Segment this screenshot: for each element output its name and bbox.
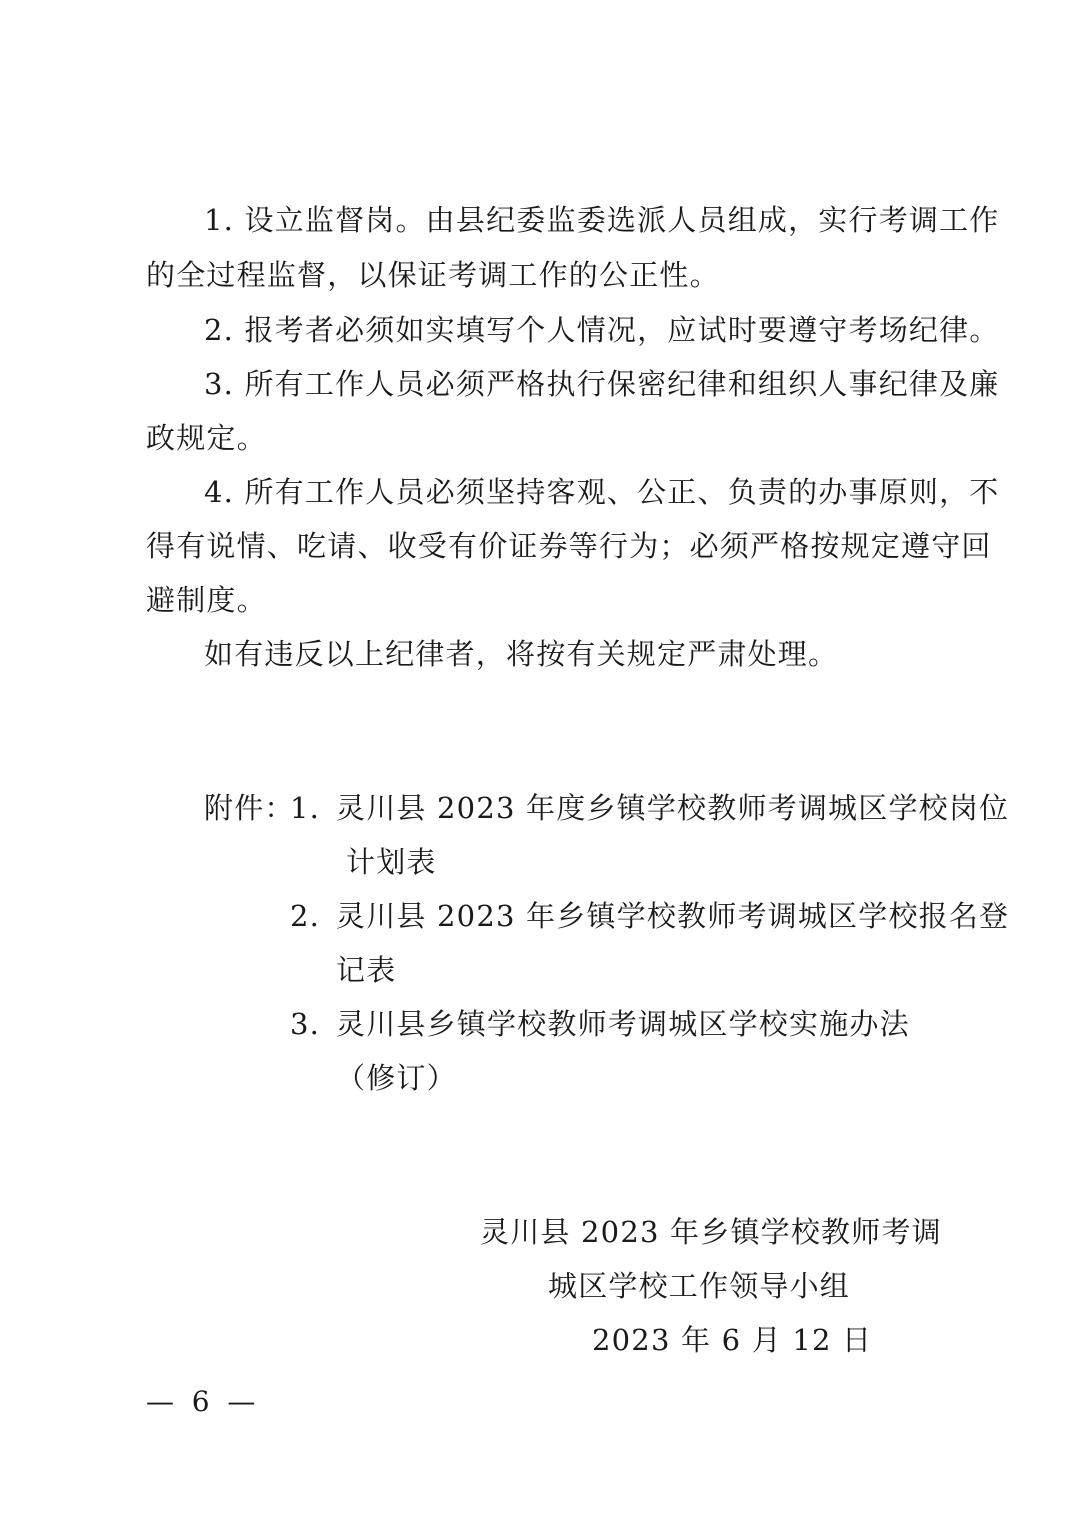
rule-4-line-3: 避制度。: [146, 580, 267, 620]
attachments-label: 附件：: [204, 788, 295, 828]
attachment-3-number: 3.: [290, 1004, 320, 1044]
page-number: — 6 —: [146, 1382, 255, 1422]
attachment-3-title-line-2: （修订）: [336, 1058, 457, 1098]
rule-2-line-1: 2. 报考者必须如实填写个人情况，应试时要遵守考场纪律。: [204, 310, 960, 350]
attachment-2-title-line-2: 记表: [336, 950, 396, 990]
attachment-1-number: 1.: [290, 788, 320, 828]
rule-4-line-2: 得有说情、吃请、收受有价证券等行为；必须严格按规定遵守回: [146, 526, 960, 566]
rule-1-line-2: 的全过程监督，以保证考调工作的公正性。: [146, 255, 720, 295]
signature-org-line-1: 灵川县 2023 年乡镇学校教师考调: [480, 1212, 942, 1252]
rule-1-line-1: 1. 设立监督岗。由县纪委监委选派人员组成，实行考调工作: [204, 200, 960, 240]
attachment-2-title-line-1: 灵川县 2023 年乡镇学校教师考调城区学校报名登: [336, 896, 956, 936]
closing-statement: 如有违反以上纪律者，将按有关规定严肃处理。: [204, 634, 838, 674]
rule-4-line-1: 4. 所有工作人员必须坚持客观、公正、负责的办事原则，不: [204, 472, 960, 512]
attachment-1-title-line-1: 灵川县 2023 年度乡镇学校教师考调城区学校岗位: [336, 788, 960, 828]
attachment-1-title-line-2: 计划表: [346, 842, 437, 882]
rule-3-line-2: 政规定。: [146, 418, 267, 458]
attachment-2-number: 2.: [290, 896, 320, 936]
attachment-3-title-line-1: 灵川县乡镇学校教师考调城区学校实施办法: [336, 1004, 910, 1044]
rule-3-line-1: 3. 所有工作人员必须严格执行保密纪律和组织人事纪律及廉: [204, 364, 960, 404]
signature-date: 2023 年 6 月 12 日: [592, 1320, 872, 1360]
document-page: 1. 设立监督岗。由县纪委监委选派人员组成，实行考调工作 的全过程监督，以保证考…: [0, 0, 1080, 1526]
signature-org-line-2: 城区学校工作领导小组: [548, 1266, 850, 1306]
